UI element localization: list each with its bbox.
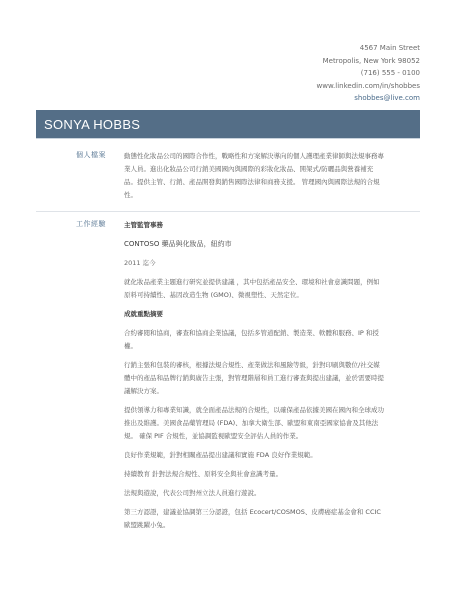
section-divider <box>36 211 420 212</box>
job-title: 主管監管事務 <box>124 219 386 232</box>
highlight-item: 法規與遊說，代表公司對州立法人員進行遊說。 <box>124 487 386 500</box>
job-description: 就化妝品產業主題進行研究並提供建議 ，其中包括產品安全、環境和社會意識問題，例如… <box>124 276 386 302</box>
highlights-heading: 成就重點摘要 <box>124 308 386 321</box>
contact-phone: (716) 555 - 0100 <box>317 67 421 80</box>
experience-content: 主管監管事務 CONTOSO 藥品與化妝品，紐約市 2011 迄今 就化妝品產業… <box>124 219 386 532</box>
experience-label: 工作經驗 <box>76 219 106 229</box>
contact-email[interactable]: shobbes@live.com <box>317 92 421 105</box>
candidate-name: SONYA HOBBS <box>44 117 140 132</box>
contact-city: Metropolis, New York 98052 <box>317 55 421 68</box>
highlight-item: 合約審閱和協商，審查和協商企業協議，包括多管道配銷、製造業、軟體和服務、IP 和… <box>124 327 386 353</box>
contact-street: 4567 Main Street <box>317 42 421 55</box>
highlight-item: 良好作業規範，針對相關產品提出建議和實施 FDA 良好作業規範。 <box>124 449 386 462</box>
highlight-item: 第三方認證，建議並協調第三分認證，包括 Ecocert/COSMOS、皮膚癌症基… <box>124 506 386 532</box>
profile-text: 動態性化妝品公司的國際合作性，戰略性和方案解決導向的個人護理產業律師與法規事務專… <box>124 150 386 202</box>
highlight-item: 提供領導力和專業知識，就全面產品法規的合規性，以確保產品依據美國在國內和全球成功… <box>124 404 386 443</box>
profile-label: 個人檔案 <box>76 150 106 160</box>
job-dates: 2011 迄今 <box>124 257 386 270</box>
name-banner: SONYA HOBBS <box>36 110 420 139</box>
contact-info: 4567 Main Street Metropolis, New York 98… <box>317 42 421 105</box>
contact-linkedin[interactable]: www.linkedin.com/in/shobbes <box>317 80 421 93</box>
company-name: CONTOSO 藥品與化妝品，紐約市 <box>124 238 386 251</box>
highlight-item: 持續教育 針對法規合規性、原料安全與社會意識考量。 <box>124 468 386 481</box>
highlight-item: 行銷主張和包裝的審核，根據法規合規性、產業做法和風險等級，針對印刷與數位/社交媒… <box>124 359 386 398</box>
